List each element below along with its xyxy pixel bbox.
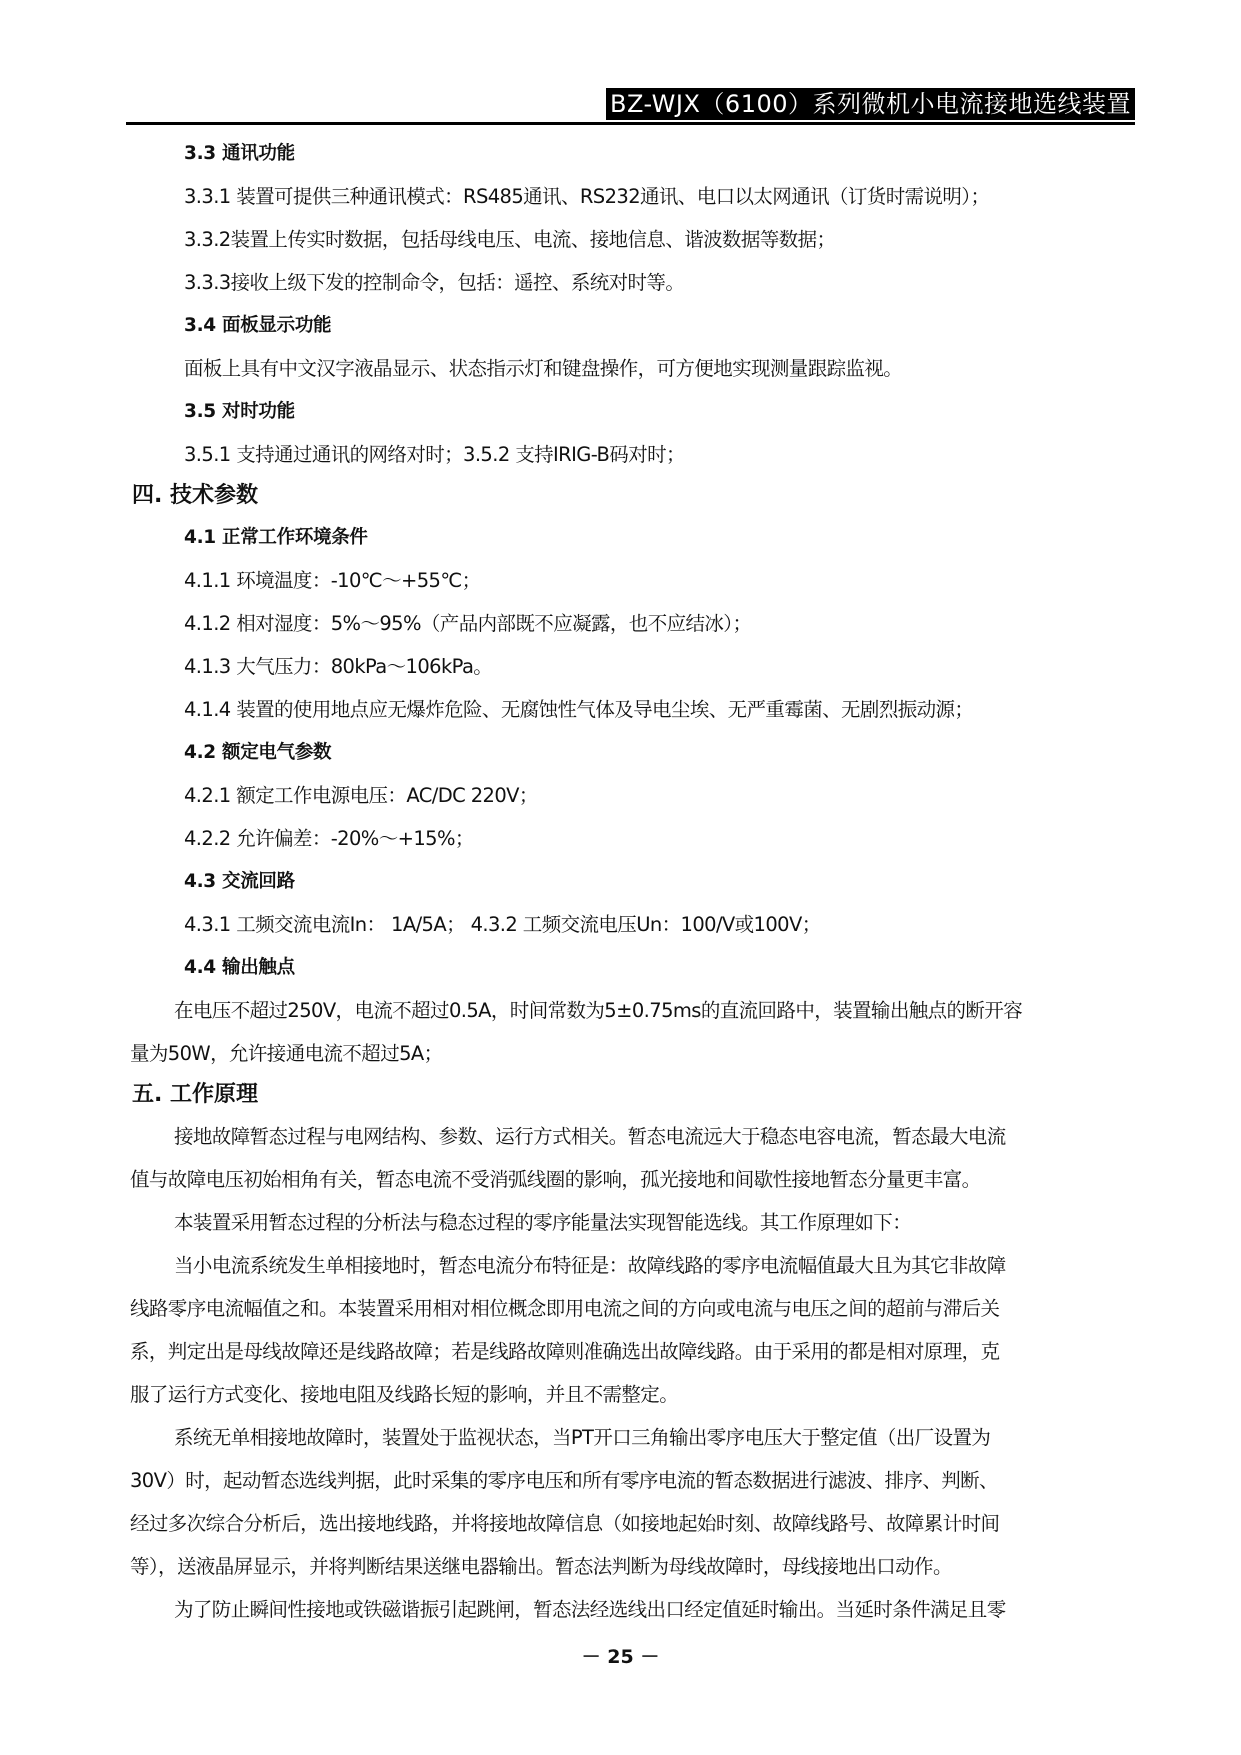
list-item: 3.5.1 支持通过通讯的网络对时；3.5.2 支持IRIG-B码对时；	[130, 433, 1135, 476]
list-item: 4.1.3 大气压力：80kPa～106kPa。	[130, 645, 1135, 688]
list-item: 4.3.1 工频交流电流In： 1A/5A； 4.3.2 工频交流电压Un：10…	[130, 903, 1135, 946]
paragraph-line: 系统无单相接地故障时，装置处于监视状态，当PT开口三角输出零序电压大于整定值（出…	[130, 1416, 1135, 1459]
paragraph-line: 为了防止瞬间性接地或铁磁谐振引起跳闸，暂态法经选线出口经定值延时输出。当延时条件…	[130, 1588, 1135, 1631]
list-item: 3.3.3接收上级下发的控制命令，包括：遥控、系统对时等。	[130, 261, 1135, 304]
list-item: 面板上具有中文汉字液晶显示、状态指示灯和键盘操作，可方便地实现测量跟踪监视。	[130, 347, 1135, 390]
section-heading-3-3: 3.3 通讯功能	[130, 132, 1135, 175]
list-item: 4.1.1 环境温度：-10℃～+55℃；	[130, 559, 1135, 602]
chapter-heading-4: 四. 技术参数	[130, 476, 1135, 516]
chapter-heading-5: 五. 工作原理	[130, 1075, 1135, 1115]
section-heading-3-4: 3.4 面板显示功能	[130, 304, 1135, 347]
paragraph-line: 在电压不超过250V，电流不超过0.5A，时间常数为5±0.75ms的直流回路中…	[130, 989, 1135, 1032]
list-item: 4.2.1 额定工作电源电压：AC/DC 220V；	[130, 774, 1135, 817]
page-number: － 25 －	[0, 1642, 1241, 1669]
paragraph-line: 经过多次综合分析后，选出接地线路，并将接地故障信息（如接地起始时刻、故障线路号、…	[130, 1502, 1135, 1545]
section-heading-4-3: 4.3 交流回路	[130, 860, 1135, 903]
paragraph-line: 系，判定出是母线故障还是线路故障；若是线路故障则准确选出故障线路。由于采用的都是…	[130, 1330, 1135, 1373]
running-header-title: BZ-WJX（6100）系列微机小电流接地选线装置	[606, 88, 1135, 120]
section-heading-3-5: 3.5 对时功能	[130, 390, 1135, 433]
paragraph-line: 等），送液晶屏显示，并将判断结果送继电器输出。暂态法判断为母线故障时，母线接地出…	[130, 1545, 1135, 1588]
paragraph-line: 量为50W，允许接通电流不超过5A；	[130, 1032, 1135, 1075]
list-item: 4.1.4 装置的使用地点应无爆炸危险、无腐蚀性气体及导电尘埃、无严重霉菌、无剧…	[130, 688, 1135, 731]
section-heading-4-1: 4.1 正常工作环境条件	[130, 516, 1135, 559]
paragraph-line: 本装置采用暂态过程的分析法与稳态过程的零序能量法实现智能选线。其工作原理如下：	[130, 1201, 1135, 1244]
paragraph-line: 30V）时，起动暂态选线判据，此时采集的零序电压和所有零序电流的暂态数据进行滤波…	[130, 1459, 1135, 1502]
paragraph-line: 线路零序电流幅值之和。本装置采用相对相位概念即用电流之间的方向或电流与电压之间的…	[130, 1287, 1135, 1330]
section-heading-4-2: 4.2 额定电气参数	[130, 731, 1135, 774]
paragraph-line: 当小电流系统发生单相接地时，暂态电流分布特征是：故障线路的零序电流幅值最大且为其…	[130, 1244, 1135, 1287]
list-item: 3.3.2装置上传实时数据，包括母线电压、电流、接地信息、谐波数据等数据；	[130, 218, 1135, 261]
list-item: 4.2.2 允许偏差：-20%～+15%；	[130, 817, 1135, 860]
header-rule	[126, 122, 1135, 125]
paragraph-line: 值与故障电压初始相角有关，暂态电流不受消弧线圈的影响，孤光接地和间歇性接地暂态分…	[130, 1158, 1135, 1201]
page-body: 3.3 通讯功能 3.3.1 装置可提供三种通讯模式：RS485通讯、RS232…	[130, 132, 1135, 1631]
list-item: 4.1.2 相对湿度：5%～95%（产品内部既不应凝露，也不应结冰）；	[130, 602, 1135, 645]
paragraph-line: 服了运行方式变化、接地电阻及线路长短的影响，并且不需整定。	[130, 1373, 1135, 1416]
section-heading-4-4: 4.4 输出触点	[130, 946, 1135, 989]
paragraph-line: 接地故障暂态过程与电网结构、参数、运行方式相关。暂态电流远大于稳态电容电流，暂态…	[130, 1115, 1135, 1158]
list-item: 3.3.1 装置可提供三种通讯模式：RS485通讯、RS232通讯、电口以太网通…	[130, 175, 1135, 218]
